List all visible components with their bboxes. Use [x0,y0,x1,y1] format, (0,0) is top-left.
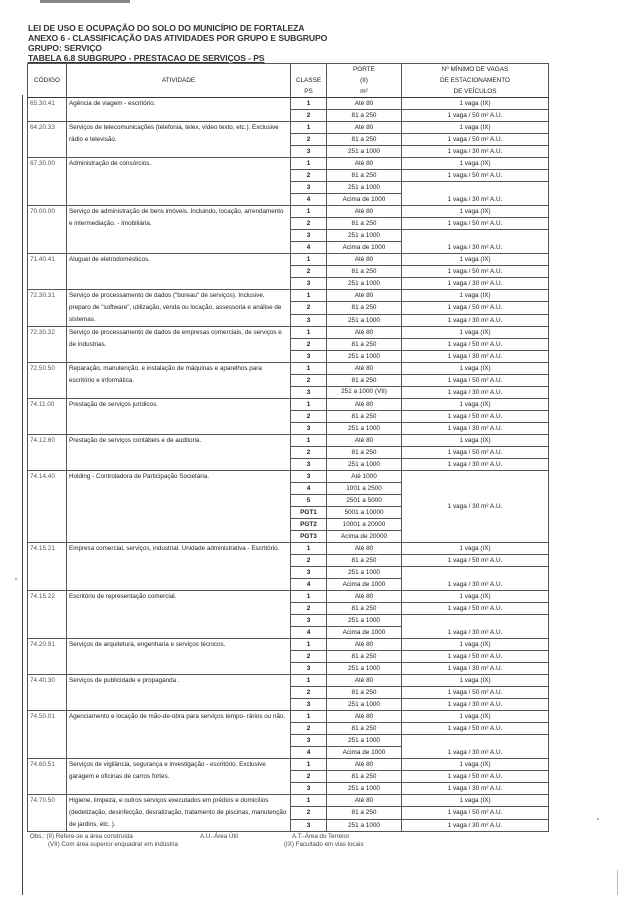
vagas-minimas: 1 vaga / 50 m² A.U. [402,411,549,423]
activity-code: 72.30.31 [28,290,67,327]
heading-law-title: LEI DE USO E OCUPAÇÃO DO SOLO DO MUNICÍP… [28,23,327,33]
vagas-minimas: 1 vaga / 30 m² A.U. [402,783,549,795]
porte-m2: 251 a 1000 [327,459,402,471]
heading-table-title: TABELA 6.8 SUBGRUPO - PRESTACAO DE SERVI… [28,53,327,63]
vagas-minimas: 1 vaga (IX) [402,795,549,807]
scan-speck [597,818,599,820]
classe-ps: 3 [291,314,327,326]
classe-ps: 3 [291,735,327,747]
porte-m2: 251 a 1000 [327,182,402,194]
porte-m2: 251 a 1000 [327,314,402,326]
porte-m2: Até 80 [327,711,402,723]
classe-ps: 3 [291,278,327,290]
classe-ps: 2 [291,302,327,314]
vagas-minimas: 1 vaga / 50 m² A.U. [402,723,549,735]
table-row: 74.12.60Prestação de serviços contábeis … [28,435,549,447]
table-row: 74.20.91Serviços de arquitetura, engenha… [28,639,549,651]
scan-margin-line [22,95,23,895]
vagas-minimas: 1 vaga (IX) [402,675,549,687]
classe-ps: 1 [291,98,327,110]
vagas-minimas: 1 vaga (IX) [402,158,549,170]
porte-m2: Até 80 [327,639,402,651]
classe-ps: 2 [291,651,327,663]
classe-ps: 1 [291,363,327,375]
activity-description: Serviço de processamento de dados de emp… [67,327,291,363]
activity-code: 71.40.41 [28,254,67,290]
header-classe-blank [291,64,327,76]
porte-m2: Acima de 1000 [327,194,402,206]
activity-description: Reparação, manutenção, e instalação de m… [67,363,291,399]
classe-ps: 3 [291,567,327,579]
activity-description: Serviços de telecomunicações (telefonia,… [67,122,291,158]
activity-description: Agenciamento e locação de mão-de-obra pa… [67,711,291,759]
vagas-minimas: 1 vaga / 30 m² A.U. [402,663,549,675]
vagas-minimas: 1 vaga / 30 m² A.U. [402,351,549,363]
activity-code: 74.12.60 [28,435,67,471]
porte-m2: Até 80 [327,158,402,170]
classe-ps: 2 [291,134,327,146]
classe-ps: 2 [291,603,327,615]
vagas-minimas: 1 vaga (IX) [402,543,549,555]
table-row: 74.14.40Holding - Controladora de Partic… [28,471,549,483]
porte-m2: 251 a 1000 [327,230,402,242]
porte-m2: Até 80 [327,254,402,266]
classe-ps: 1 [291,543,327,555]
porte-m2: 81 a 250 [327,555,402,567]
activity-code: 74.40.30 [28,675,67,711]
vagas-minimas: 1 vaga / 30 m² A.U. [402,278,549,290]
vagas-minimas: 1 vaga (IX) [402,363,549,375]
classe-ps: 1 [291,711,327,723]
classe-ps: 1 [291,399,327,411]
activity-description: Agência de viagem - escritório. [67,98,291,122]
table-row: 67.30.00Administração de consórcios.1Até… [28,158,549,170]
activity-description: Prestação de serviços contábeis e de aud… [67,435,291,471]
classe-ps: 3 [291,182,327,194]
vagas-minimas: 1 vaga / 50 m² A.U. [402,302,549,314]
porte-m2: 251 a 1000 [327,663,402,675]
classe-ps: 3 [291,471,327,483]
vagas-minimas: 1 vaga (IX) [402,122,549,134]
header-porte-1: PORTE [327,64,402,76]
classe-ps: 5 [291,495,327,507]
table-row: 74.60.51Serviços de vigilância, seguranç… [28,759,549,771]
porte-m2: 81 a 250 [327,218,402,230]
porte-m2: Até 80 [327,399,402,411]
vagas-minimas: 1 vaga / 30 m² A.U. [402,735,549,759]
note-ix: (IX) Facultado em vias locais [284,840,363,849]
table-row: 74.11.00Prestação de serviços jurídicos.… [28,399,549,411]
classe-ps: 1 [291,639,327,651]
table-row: 64.20.33Serviços de telecomunicações (te… [28,122,549,134]
classe-ps: 2 [291,411,327,423]
porte-m2: Até 80 [327,435,402,447]
activity-description: Serviços de arquitetura, engenharia e se… [67,639,291,675]
activity-code: 74.14.40 [28,471,67,543]
activity-description: Serviço de processamento de dados ("bure… [67,290,291,327]
classe-ps: 3 [291,351,327,363]
porte-m2: Até 80 [327,363,402,375]
vagas-minimas: 1 vaga (IX) [402,759,549,771]
porte-m2: 251 a 1000 [327,567,402,579]
header-porte-3: m² [327,86,402,98]
vagas-minimas: 1 vaga / 30 m² A.U. [402,230,549,254]
classe-ps: 2 [291,218,327,230]
classe-ps: 4 [291,194,327,206]
vagas-minimas: 1 vaga / 30 m² A.U. [402,699,549,711]
classe-ps: 2 [291,110,327,122]
vagas-minimas: 1 vaga / 30 m² A.U. [402,615,549,639]
vagas-minimas: 1 vaga / 50 m² A.U. [402,555,549,567]
vagas-minimas: 1 vaga (IX) [402,435,549,447]
activity-description: Empresa comercial, serviços, industrial.… [67,543,291,591]
vagas-minimas: 1 vaga (IX) [402,711,549,723]
classe-ps: 1 [291,759,327,771]
activity-description: Higiene, limpeza, e outros serviços exec… [67,795,291,832]
header-vagas-3: DE VEÍCULOS [402,86,549,98]
vagas-minimas: 1 vaga / 50 m² A.U. [402,339,549,351]
activity-description: Serviços de publicidade e propaganda . [67,675,291,711]
porte-m2: 81 a 250 [327,687,402,699]
porte-m2: Até 80 [327,122,402,134]
vagas-minimas: 1 vaga / 50 m² A.U. [402,134,549,146]
porte-m2: 81 a 250 [327,651,402,663]
vagas-minimas: 1 vaga / 50 m² A.U. [402,771,549,783]
table-row: 71.40.41Aluguel de eletrodomésticos.1Até… [28,254,549,266]
porte-m2: 81 a 250 [327,771,402,783]
scan-margin-line-right [617,870,618,895]
classe-ps: 3 [291,699,327,711]
classe-ps: 1 [291,254,327,266]
header-vagas-2: DE ESTACIONAMENTO [402,75,549,86]
classe-ps: 1 [291,435,327,447]
vagas-minimas: 1 vaga / 50 m² A.U. [402,218,549,230]
porte-m2: 251 a 1000 [327,351,402,363]
activity-code: 67.30.00 [28,158,67,206]
header-vagas-1: Nº MÍNIMO DE VAGAS [402,64,549,76]
table-row: 72.50.50Reparação, manutenção, e instala… [28,363,549,375]
porte-m2: Até 80 [327,675,402,687]
classe-ps: 4 [291,579,327,591]
activity-code: 72.50.50 [28,363,67,399]
activity-code: 74.70.50 [28,795,67,832]
header-atividade: ATIVIDADE [67,64,291,98]
classe-ps: 1 [291,591,327,603]
vagas-minimas: 1 vaga (IX) [402,98,549,110]
classe-ps: 2 [291,447,327,459]
vagas-minimas: 1 vaga / 50 m² A.U. [402,687,549,699]
porte-m2: Acima de 1000 [327,747,402,759]
activity-code: 74.20.91 [28,639,67,675]
classe-ps: 2 [291,723,327,735]
vagas-minimas: 1 vaga (IX) [402,639,549,651]
classe-ps: 1 [291,290,327,302]
activities-table: CÓDIGO ATIVIDADE PORTE Nº MÍNIMO DE VAGA… [27,63,549,832]
classe-ps: 3 [291,230,327,242]
note-vii: (VII) Com área superior enquadrar em ind… [48,840,178,849]
vagas-minimas: 1 vaga / 30 m² A.U. [402,387,549,399]
activity-description: Holding - Controladora de Participação S… [67,471,291,543]
classe-ps: 1 [291,158,327,170]
vagas-minimas: 1 vaga (IX) [402,399,549,411]
header-codigo: CÓDIGO [28,64,67,98]
classe-ps: 3 [291,663,327,675]
table-row: 74.15.22Escritório de representação come… [28,591,549,603]
vagas-minimas: 1 vaga / 50 m² A.U. [402,807,549,819]
vagas-minimas: 1 vaga / 30 m² A.U. [402,819,549,831]
porte-m2: Até 80 [327,98,402,110]
classe-ps: 3 [291,146,327,158]
porte-m2: 81 a 250 [327,302,402,314]
vagas-minimas: 1 vaga / 30 m² A.U. [402,459,549,471]
classe-ps: 2 [291,555,327,567]
porte-m2: 251 a 1000 [327,819,402,831]
classe-ps: 2 [291,771,327,783]
porte-m2: 251 a 1000 [327,783,402,795]
table-row: 70.00.00Serviço de administração de bens… [28,206,549,218]
classe-ps: 2 [291,807,327,819]
header-porte-2: (II) [327,75,402,86]
porte-m2: 251 a 1000 (VII) [327,387,402,399]
classe-ps: 3 [291,459,327,471]
vagas-minimas: 1 vaga / 30 m² A.U. [402,314,549,326]
porte-m2: Até 1000 [327,471,402,483]
vagas-minimas: 1 vaga (IX) [402,254,549,266]
table-row: 74.40.30Serviços de publicidade e propag… [28,675,549,687]
activity-code: 74.15.21 [28,543,67,591]
classe-ps: 3 [291,615,327,627]
classe-ps: 2 [291,375,327,387]
classe-ps: 1 [291,206,327,218]
porte-m2: 81 a 250 [327,447,402,459]
porte-m2: 81 a 250 [327,266,402,278]
activity-code: 64.20.33 [28,122,67,158]
porte-m2: 251 a 1000 [327,735,402,747]
activity-code: 74.60.51 [28,759,67,795]
classe-ps: 3 [291,423,327,435]
porte-m2: 251 a 1000 [327,146,402,158]
table-row: 74.70.50Higiene, limpeza, e outros servi… [28,795,549,807]
vagas-minimas: 1 vaga / 30 m² A.U. [402,567,549,591]
classe-ps: 1 [291,122,327,134]
classe-ps: 1 [291,675,327,687]
classe-ps: 3 [291,387,327,399]
activity-code: 74.50.01 [28,711,67,759]
porte-m2: Acima de 1000 [327,242,402,254]
header-classe-2: PS [291,86,327,98]
vagas-minimas: 1 vaga / 50 m² A.U. [402,447,549,459]
porte-m2: 81 a 250 [327,134,402,146]
classe-ps: 3 [291,783,327,795]
table-row: 74.50.01Agenciamento e locação de mão-de… [28,711,549,723]
porte-m2: 81 a 250 [327,411,402,423]
header-classe-1: CLASSE [291,75,327,86]
porte-m2: Até 80 [327,206,402,218]
activity-description: Aluguel de eletrodomésticos. [67,254,291,290]
porte-m2: Acima de 1000 [327,579,402,591]
porte-m2: 81 a 250 [327,375,402,387]
porte-m2: 251 a 1000 [327,278,402,290]
classe-ps: 4 [291,627,327,639]
table-row: 72.30.32Serviço de processamento de dado… [28,327,549,339]
vagas-minimas: 1 vaga / 50 m² A.U. [402,651,549,663]
heading-group: GRUPO: SERVIÇO [28,43,327,53]
table-row: 74.15.21Empresa comercial, serviços, ind… [28,543,549,555]
classe-ps: PGT1 [291,507,327,519]
document-heading: LEI DE USO E OCUPAÇÃO DO SOLO DO MUNICÍP… [28,23,327,63]
classe-ps: 4 [291,483,327,495]
vagas-minimas: 1 vaga / 50 m² A.U. [402,375,549,387]
activity-code: 70.00.00 [28,206,67,254]
note-area-util: A.U.-Área Útil [200,832,238,841]
classe-ps: 2 [291,339,327,351]
activity-description: Serviço de administração de bens imóveis… [67,206,291,254]
vagas-minimas: 1 vaga / 50 m² A.U. [402,110,549,122]
scan-speck [15,578,17,580]
vagas-minimas: 1 vaga / 30 m² A.U. [402,182,549,206]
activity-code: 65.30.41 [28,98,67,122]
porte-m2: 10001 a 20000 [327,519,402,531]
vagas-minimas: 1 vaga (IX) [402,327,549,339]
activity-code: 74.15.22 [28,591,67,639]
activity-description: Prestação de serviços jurídicos. [67,399,291,435]
classe-ps: 2 [291,170,327,182]
activity-code: 72.30.32 [28,327,67,363]
vagas-minimas: 1 vaga / 50 m² A.U. [402,603,549,615]
vagas-minimas: 1 vaga (IX) [402,591,549,603]
activity-description: Escritório de representação comercial. [67,591,291,639]
classe-ps: 2 [291,687,327,699]
classe-ps: PGT3 [291,531,327,543]
vagas-minimas: 1 vaga (IX) [402,290,549,302]
porte-m2: 251 a 1000 [327,423,402,435]
vagas-minimas: 1 vaga / 30 m² A.U. [402,146,549,158]
porte-m2: 251 a 1000 [327,615,402,627]
porte-m2: 81 a 250 [327,110,402,122]
porte-m2: Até 80 [327,795,402,807]
porte-m2: Até 80 [327,543,402,555]
activity-code: 74.11.00 [28,399,67,435]
porte-m2: 81 a 250 [327,603,402,615]
porte-m2: 81 a 250 [327,807,402,819]
vagas-minimas: 1 vaga / 50 m² A.U. [402,266,549,278]
porte-m2: 81 a 250 [327,170,402,182]
table-header: CÓDIGO ATIVIDADE PORTE Nº MÍNIMO DE VAGA… [28,64,549,98]
porte-m2: 81 a 250 [327,339,402,351]
porte-m2: Até 80 [327,290,402,302]
porte-m2: 251 a 1000 [327,699,402,711]
table-row: 65.30.41Agência de viagem - escritório.1… [28,98,549,110]
activity-description: Serviços de vigilância, segurança e inve… [67,759,291,795]
classe-ps: 2 [291,266,327,278]
porte-m2: Até 80 [327,327,402,339]
porte-m2: Acima de 1000 [327,627,402,639]
vagas-minimas: 1 vaga / 50 m² A.U. [402,170,549,182]
porte-m2: 81 a 250 [327,723,402,735]
classe-ps: 4 [291,747,327,759]
classe-ps: 4 [291,242,327,254]
porte-m2: 2501 a 5000 [327,495,402,507]
classe-ps: PGT2 [291,519,327,531]
porte-m2: Acima de 20000 [327,531,402,543]
heading-annex-title: ANEXO 6 - CLASSIFICAÇÃO DAS ATIVIDADES P… [28,33,327,43]
classe-ps: 1 [291,327,327,339]
vagas-minimas: 1 vaga / 30 m² A.U. [402,423,549,435]
porte-m2: 5001 a 10000 [327,507,402,519]
table-body: 65.30.41Agência de viagem - escritório.1… [28,98,549,832]
activity-description: Administração de consórcios. [67,158,291,206]
vagas-minimas: 1 vaga (IX) [402,206,549,218]
porte-m2: Até 80 [327,591,402,603]
table-row: 72.30.31Serviço de processamento de dado… [28,290,549,302]
porte-m2: Até 80 [327,759,402,771]
scan-artifact-bar [40,0,130,3]
classe-ps: 3 [291,819,327,831]
vagas-minimas: 1 vaga / 30 m² A.U. [402,471,549,543]
classe-ps: 1 [291,795,327,807]
porte-m2: 1001 a 2500 [327,483,402,495]
